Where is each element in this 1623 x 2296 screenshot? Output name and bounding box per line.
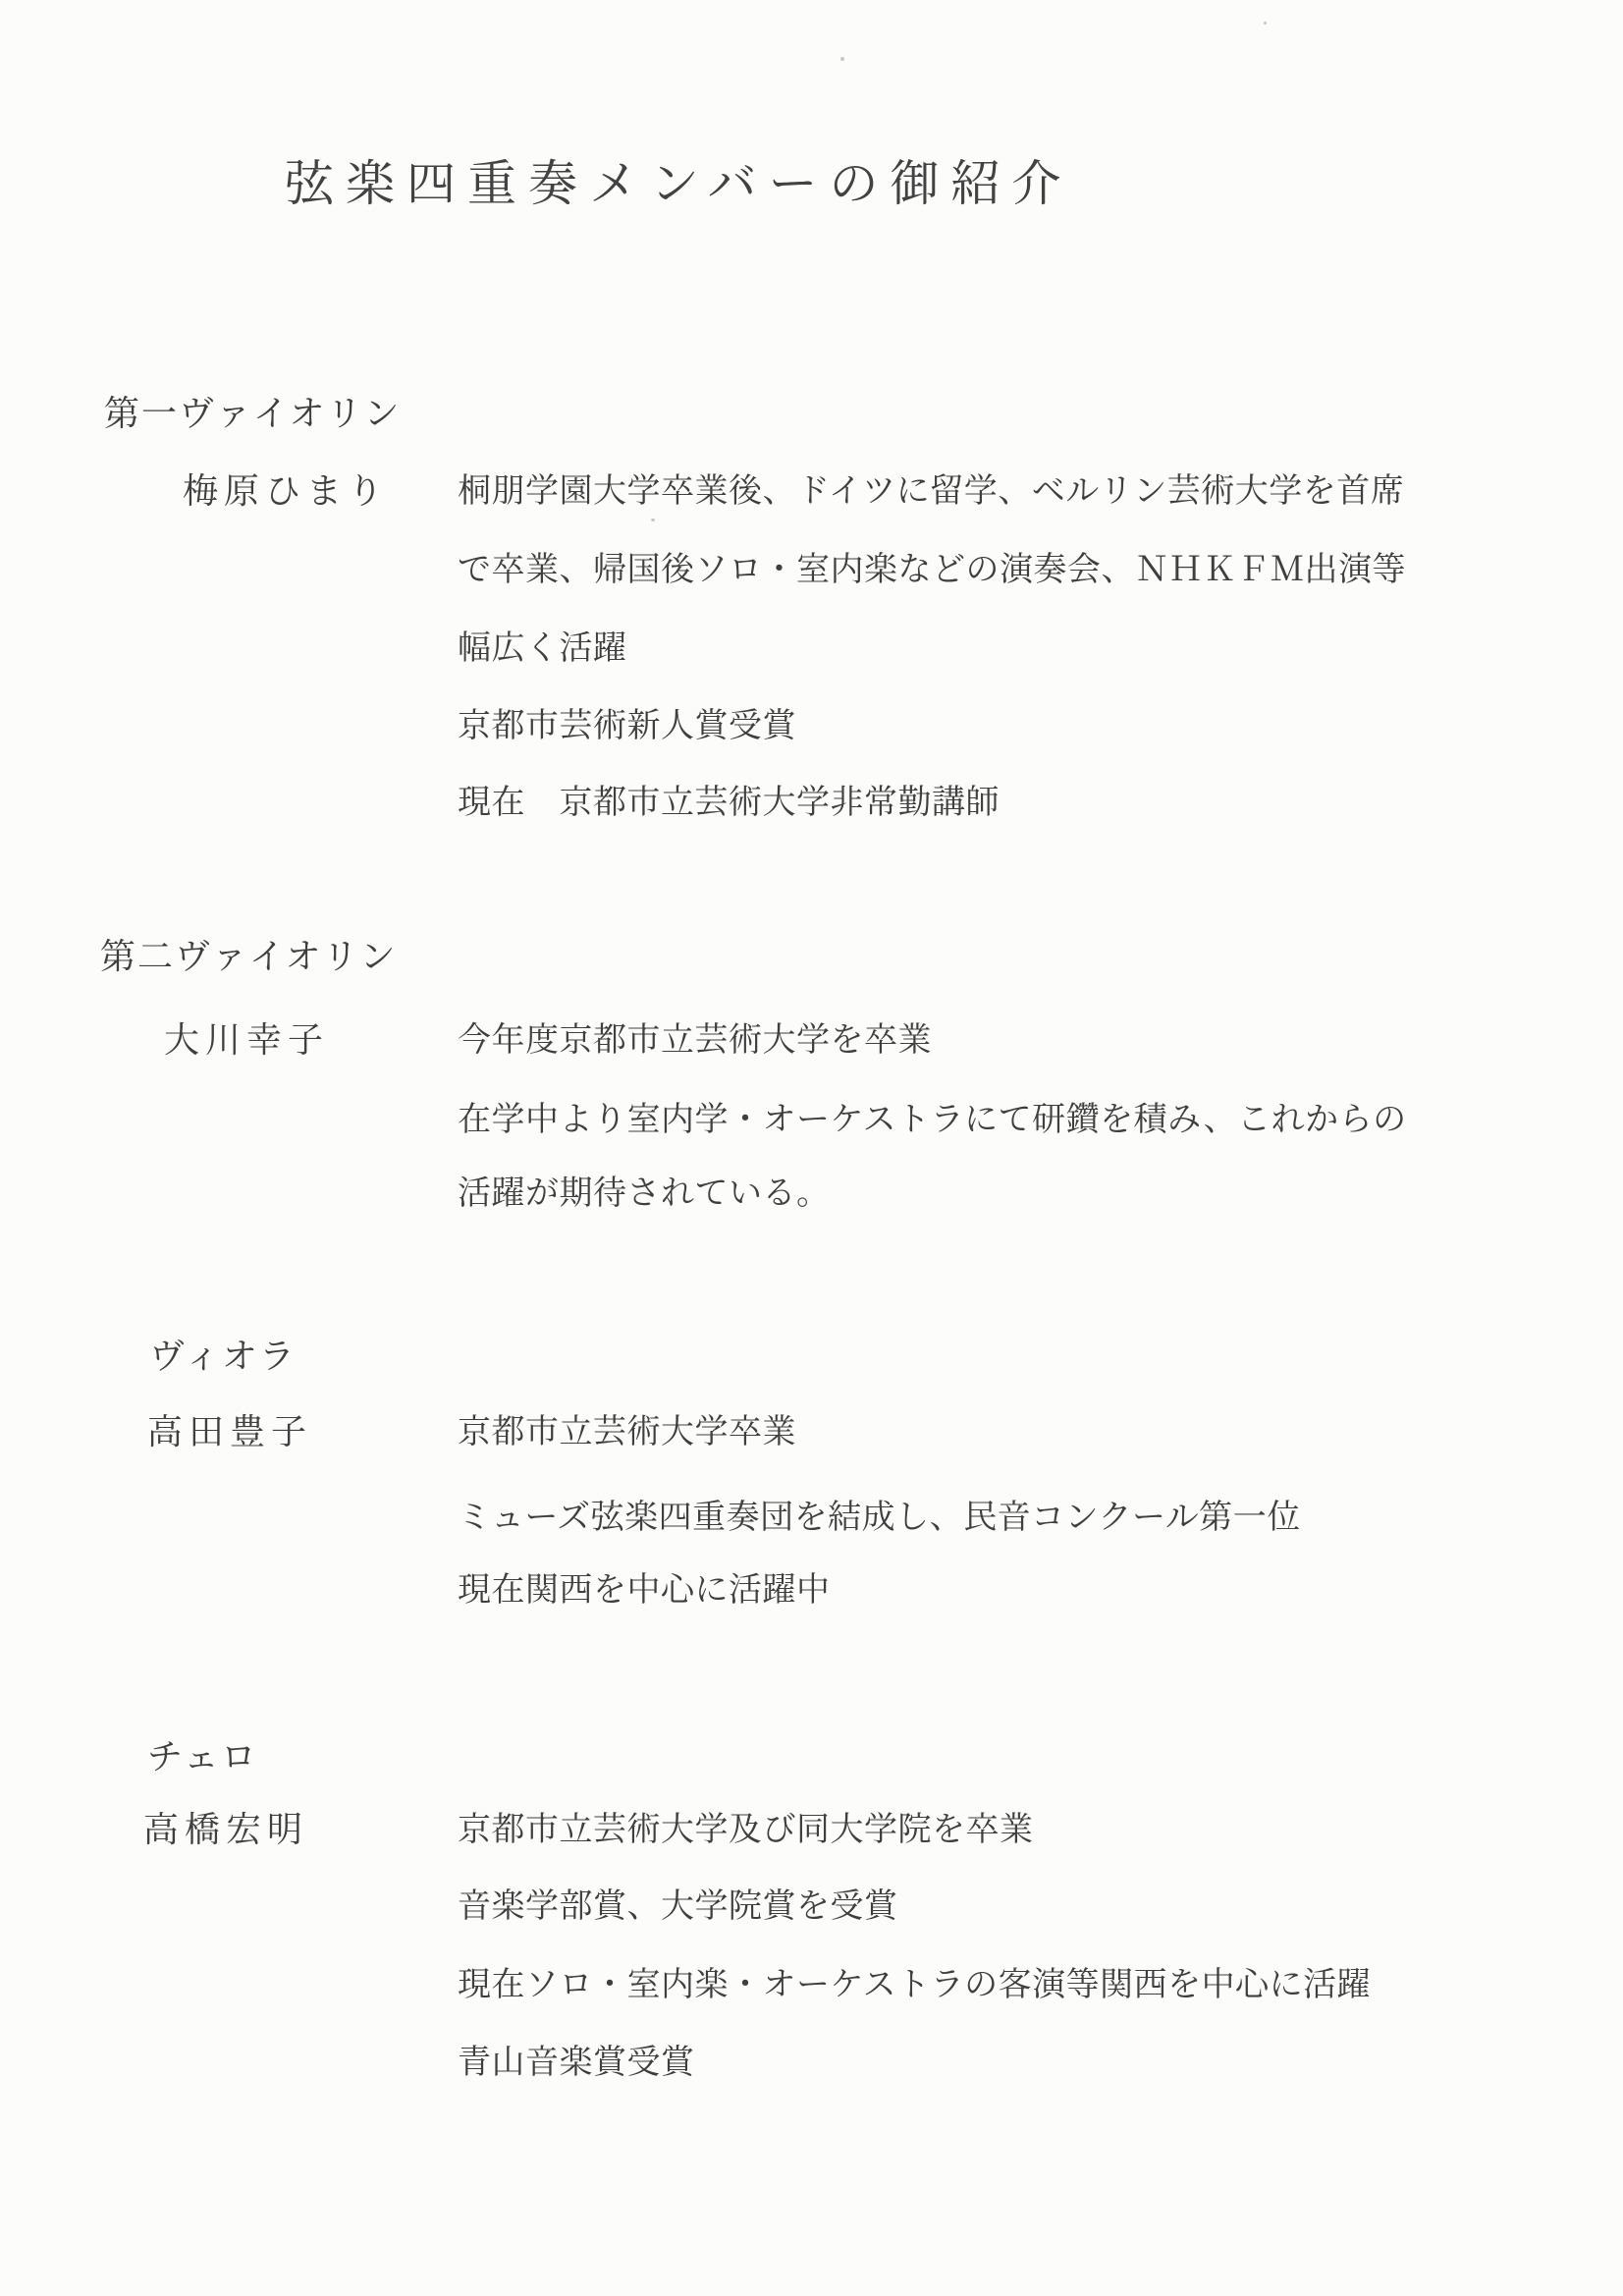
bio-line: ミューズ弦楽四重奏団を結成し、民音コンクール第一位: [458, 1501, 1301, 1534]
bio-line: 幅広く活躍: [458, 631, 627, 665]
bio-line: 京都市立芸術大学及び同大学院を卒業: [458, 1813, 1034, 1846]
member-name-second-violin: 大川幸子: [164, 1023, 329, 1059]
bio-line: 今年度京都市立芸術大学を卒業: [458, 1023, 932, 1057]
page-title: 弦楽四重奏メンバーの御紹介: [285, 159, 1073, 208]
section-heading-viola: ヴィオラ: [149, 1339, 297, 1375]
bio-line: 桐朋学園大学卒業後、ドイツに留学、ベルリン芸術大学を首席: [458, 474, 1404, 508]
bio-line: 現在 京都市立芸術大学非常勤講師: [458, 786, 1000, 819]
section-heading-cello: チェロ: [147, 1740, 258, 1776]
section-heading-second-violin: 第二ヴァイオリン: [100, 940, 398, 975]
member-name-first-violin: 梅原ひまり: [183, 474, 389, 510]
scanned-document-page: 弦楽四重奏メンバーの御紹介 第一ヴァイオリン 梅原ひまり 桐朋学園大学卒業後、ド…: [0, 0, 1623, 2296]
bio-line: 現在関西を中心に活躍中: [458, 1573, 831, 1607]
scan-artifact: [1264, 22, 1267, 25]
bio-line: 京都市芸術新人賞受賞: [458, 709, 796, 742]
section-heading-first-violin: 第一ヴァイオリン: [104, 397, 402, 432]
bio-line: 音楽学部賞、大学院賞を受賞: [458, 1889, 898, 1923]
bio-line: 京都市立芸術大学卒業: [458, 1415, 796, 1449]
bio-line: 現在ソロ・室内楽・オーケストラの客演等関西を中心に活躍: [458, 1968, 1371, 2001]
member-name-cello: 高橋宏明: [143, 1813, 308, 1848]
scan-artifact: [840, 57, 844, 61]
bio-line: 活躍が期待されている。: [458, 1176, 831, 1210]
scan-artifact: [651, 519, 655, 521]
bio-line: 青山音楽賞受賞: [458, 2046, 695, 2079]
bio-line: 在学中より室内学・オーケストラにて研鑽を積み、これからの: [458, 1103, 1407, 1136]
member-name-viola: 高田豊子: [147, 1415, 312, 1450]
bio-line: で卒業、帰国後ソロ・室内楽などの演奏会、ＮＨＫＦＭ出演等: [458, 553, 1406, 586]
